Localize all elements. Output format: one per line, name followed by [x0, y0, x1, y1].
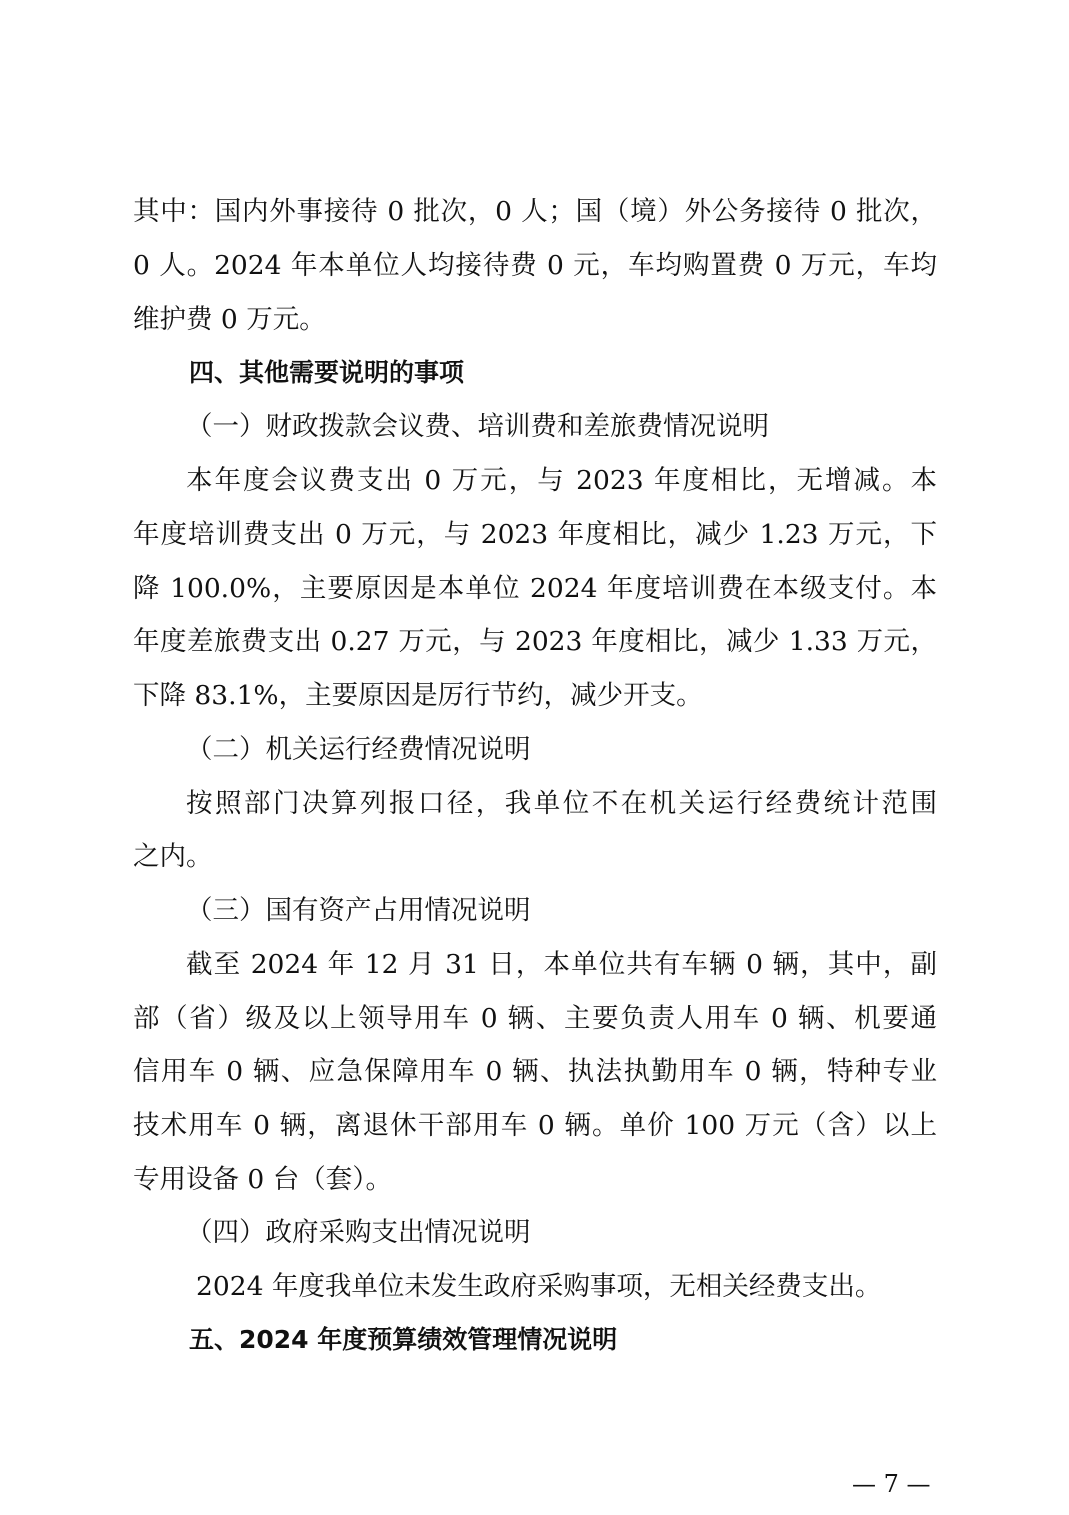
body-text-line: 部（省）级及以上领导用车 0 辆、主要负责人用车 0 辆、机要通	[133, 992, 937, 1045]
body-text-line: 维护费 0 万元。	[133, 293, 937, 346]
section-heading: 四、其他需要说明的事项	[189, 346, 993, 399]
body-text-line: 其中：国内外事接待 0 批次，0 人；国（境）外公务接待 0 批次，	[133, 185, 937, 238]
body-text-line: 信用车 0 辆、应急保障用车 0 辆、执法执勤用车 0 辆，特种专业	[133, 1045, 937, 1098]
body-text-line: 降 100.0%，主要原因是本单位 2024 年度培训费在本级支付。本	[133, 562, 937, 615]
subsection-heading: （三）国有资产占用情况说明	[186, 884, 990, 937]
body-text-line: 下降 83.1%，主要原因是厉行节约，减少开支。	[133, 669, 937, 722]
body-text-line: 本年度会议费支出 0 万元，与 2023 年度相比，无增减。本	[186, 454, 937, 507]
document-page: 其中：国内外事接待 0 批次，0 人；国（境）外公务接待 0 批次， 0 人。2…	[0, 0, 1069, 1515]
body-text-line: 截至 2024 年 12 月 31 日，本单位共有车辆 0 辆，其中，副	[186, 938, 937, 991]
body-text-line: 技术用车 0 辆，离退休干部用车 0 辆。单价 100 万元（含）以上	[133, 1099, 937, 1152]
body-text-line: 按照部门决算列报口径，我单位不在机关运行经费统计范围	[186, 777, 937, 830]
body-text-line: 2024 年度我单位未发生政府采购事项，无相关经费支出。	[196, 1260, 937, 1313]
page-number: — 7 —	[852, 1470, 931, 1498]
body-text-line: 年度差旅费支出 0.27 万元，与 2023 年度相比，减少 1.33 万元，	[133, 615, 937, 668]
body-text-line: 之内。	[133, 830, 937, 883]
subsection-heading: （二）机关运行经费情况说明	[186, 723, 990, 776]
body-text-line: 0 人。2024 年本单位人均接待费 0 元，车均购置费 0 万元，车均	[133, 239, 937, 292]
subsection-heading: （一）财政拨款会议费、培训费和差旅费情况说明	[186, 400, 990, 453]
body-text-line: 年度培训费支出 0 万元，与 2023 年度相比，减少 1.23 万元，下	[133, 508, 937, 561]
section-heading: 五、2024 年度预算绩效管理情况说明	[189, 1313, 993, 1366]
body-text-line: 专用设备 0 台（套）。	[133, 1153, 937, 1206]
subsection-heading: （四）政府采购支出情况说明	[186, 1206, 990, 1259]
